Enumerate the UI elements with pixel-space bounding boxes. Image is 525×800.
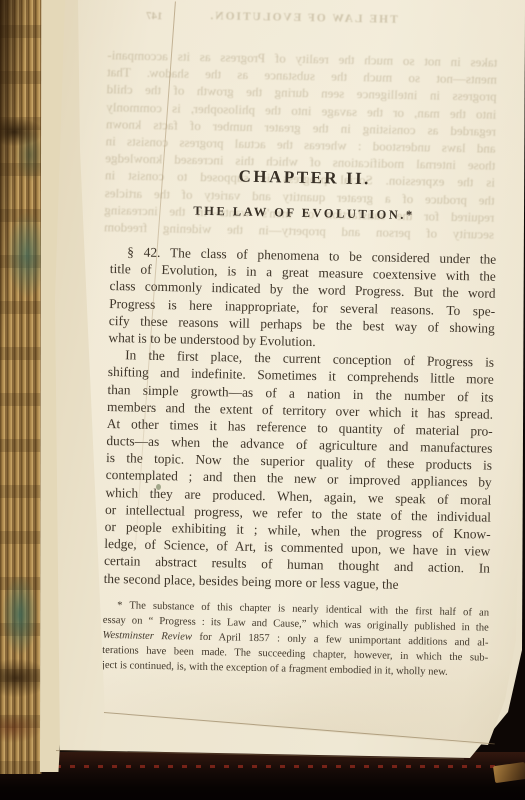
showthrough-header-text: THE LAW OF EVOLUTION. bbox=[208, 10, 398, 26]
page-content: CHAPTER II. THE LAW OF EVOLUTION.* § 42.… bbox=[102, 164, 498, 680]
section-heading: THE LAW OF EVOLUTION.* bbox=[111, 201, 497, 225]
ink-speck bbox=[156, 484, 161, 490]
paragraph-2: In the first place, the current concepti… bbox=[104, 346, 495, 594]
showthrough-running-header: THE LAW OF EVOLUTION. 147 bbox=[108, 8, 498, 33]
chapter-heading: CHAPTER II. bbox=[112, 164, 498, 192]
text-line: progress in intelligence seen during the… bbox=[106, 81, 496, 106]
showthrough-page-number: 147 bbox=[146, 10, 163, 22]
text-line: takes in not so much the reality of Prog… bbox=[107, 46, 497, 71]
book-page: THE LAW OF EVOLUTION. 147 takes in not s… bbox=[60, 0, 525, 748]
text-line: ments—not so much the substance as the s… bbox=[107, 63, 497, 88]
text-line: into the man, or the savage into the phi… bbox=[106, 98, 496, 123]
paragraph-1: § 42. The class of phenomena to be consi… bbox=[108, 243, 496, 354]
book-photo-scene: THE LAW OF EVOLUTION. 147 takes in not s… bbox=[0, 0, 525, 800]
binding-stitching bbox=[0, 765, 525, 768]
footnote: * The substance of this chapter is nearl… bbox=[102, 598, 489, 681]
